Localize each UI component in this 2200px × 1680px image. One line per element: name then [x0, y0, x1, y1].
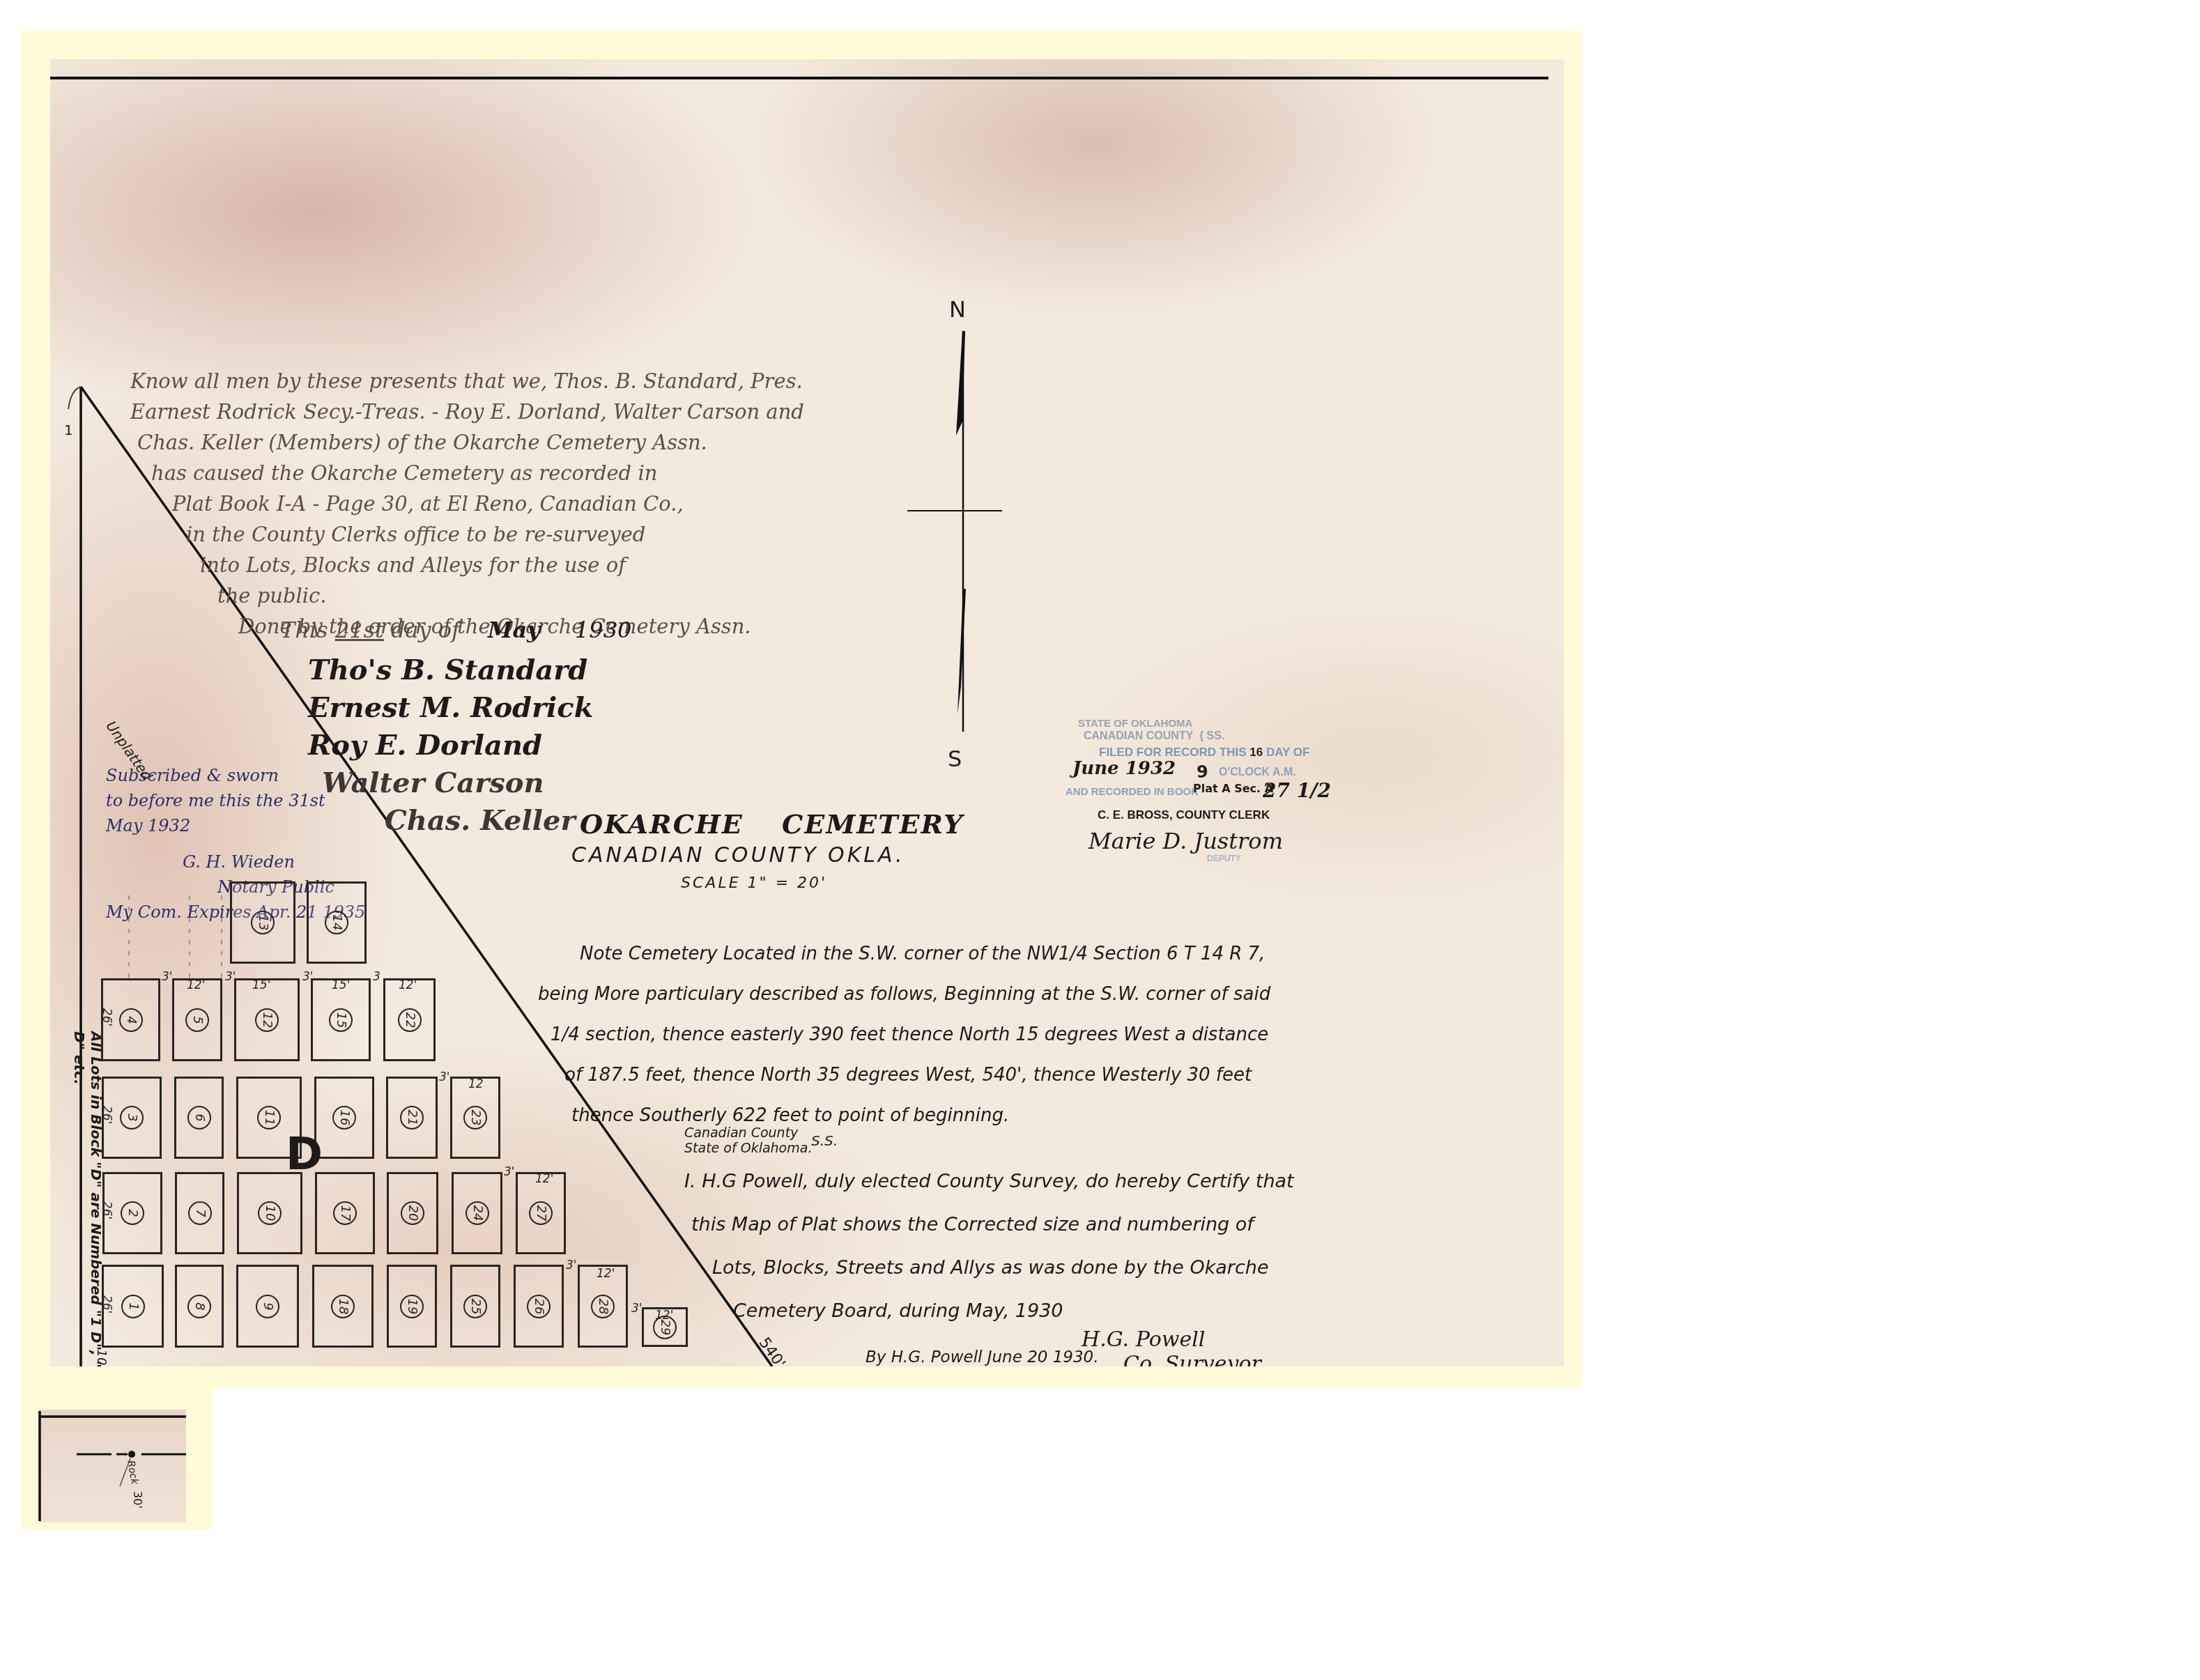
dedication-block: Know all men by these presents that we, … — [130, 366, 967, 642]
notary-signature: G. H. Wieden — [106, 849, 365, 874]
inset-mat: Rock 30' — [21, 1387, 213, 1529]
dedication-line: Know all men by these presents that we, … — [130, 366, 967, 396]
notary-title: Notary Public — [106, 874, 365, 900]
map-county: CANADIAN COUNTY OKLA. — [571, 843, 905, 868]
legal-line: of 187.5 feet, thence North 35 degrees W… — [538, 1055, 1458, 1095]
south-label: S — [948, 746, 962, 772]
surveyor-title: Co. Surveyor — [1123, 1352, 1261, 1366]
signature: Roy E. Dorland — [308, 727, 593, 764]
signature: Ernest M. Rodrick — [308, 689, 593, 727]
signature: Tho's B. Standard — [308, 652, 593, 689]
deputy-signature: Marie D. Justrom — [1089, 828, 1283, 854]
stamp-page: 27 1/2 — [1263, 779, 1331, 802]
legal-line: 1/4 section, thence easterly 390 feet th… — [538, 1015, 1458, 1055]
block-letter: D — [286, 1129, 323, 1180]
dedication-line: the public. — [130, 580, 967, 611]
dedication-line: has caused the Okarche Cemetery as recor… — [130, 458, 967, 488]
venue-block: Canadian County State of Oklahoma. — [684, 1125, 812, 1156]
dedication-line: Chas. Keller (Members) of the Okarche Ce… — [130, 427, 967, 458]
notary-commission: My Com. Expires Apr. 21 1935 — [106, 900, 365, 925]
map-title: OKARCHE CEMETERY — [580, 808, 964, 840]
county-clerk: C. E. BROSS, COUNTY CLERK — [1098, 808, 1270, 822]
surveyor-certificate: I. H.G Powell, duly elected County Surve… — [684, 1160, 1294, 1333]
notary-block: Subscribed & sworn to before me this the… — [106, 763, 365, 925]
dedication-line: Plat Book I-A - Page 30, at El Reno, Can… — [130, 488, 967, 519]
inset-distance: 30' — [131, 1491, 144, 1509]
dedication-line: into Lots, Blocks and Alleys for the use… — [130, 550, 967, 580]
drawn-by: By H.G. Powell June 20 1930. — [866, 1348, 1099, 1366]
map-scale: SCALE 1" = 20' — [681, 874, 827, 892]
legal-line: thence Southerly 622 feet to point of be… — [538, 1095, 1458, 1136]
recording-stamp: STATE OF OKLAHOMA CANADIAN COUNTY { SS. … — [1064, 718, 1357, 885]
dedication-date: This 21st day of May 1930 — [280, 617, 631, 643]
stamp-date: June 1932 — [1072, 758, 1176, 779]
surveyor-signature: H.G. Powell — [1082, 1327, 1205, 1352]
legal-description: Note Cemetery Located in the S.W. corner… — [538, 934, 1458, 1136]
block-note: All Lots in Block "D" are Numbered "1 D"… — [71, 1031, 105, 1366]
legal-line: Note Cemetery Located in the S.W. corner… — [538, 934, 1458, 974]
inset-detail: Rock 30' — [38, 1410, 186, 1523]
plat-sheet: Know all men by these presents that we, … — [50, 59, 1564, 1366]
north-label: N — [949, 296, 966, 323]
legal-line: being More particulary described as foll… — [538, 974, 1458, 1015]
dedication-line: Earnest Rodrick Secy.-Treas. - Roy E. Do… — [130, 396, 967, 427]
dedication-line: in the County Clerks office to be re-sur… — [130, 519, 967, 550]
